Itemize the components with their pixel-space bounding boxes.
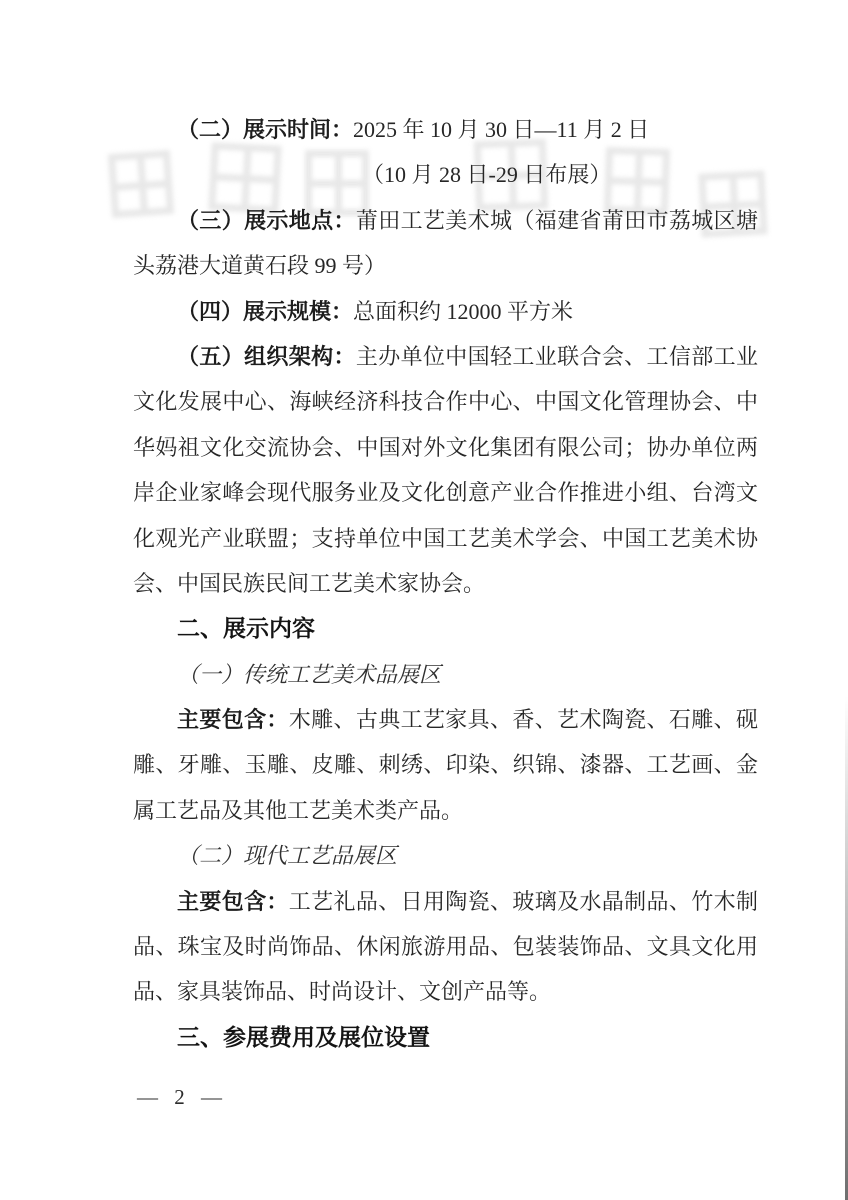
doc-line-5: （四）展示规模：总面积约 12000 平方米 <box>133 289 758 334</box>
doc-line-17-text: （二）现代工艺品展区 <box>177 843 397 868</box>
doc-line-14-label: 主要包含： <box>177 707 289 732</box>
doc-line-13-text: （一）传统工艺美术品展区 <box>177 662 441 687</box>
doc-line-19-text: 品、珠宝及时尚饰品、休闲旅游用品、包装装饰品、文具文化用 <box>133 934 758 959</box>
doc-line-2-text: （10 月 28 日-29 日布展） <box>362 162 611 187</box>
doc-line-12: 二、展示内容 <box>133 606 758 651</box>
doc-line-6-text: 主办单位中国轻工业联合会、工信部工业 <box>356 344 758 369</box>
doc-line-11: 会、中国民族民间工艺美术家协会。 <box>133 561 758 606</box>
doc-line-14-text: 木雕、古典工艺家具、香、艺术陶瓷、石雕、砚 <box>289 707 758 732</box>
doc-line-7: 文化发展中心、海峡经济科技合作中心、中国文化管理协会、中 <box>133 379 758 424</box>
doc-line-19: 品、珠宝及时尚饰品、休闲旅游用品、包装装饰品、文具文化用 <box>133 924 758 969</box>
doc-line-11-text: 会、中国民族民间工艺美术家协会。 <box>133 571 485 596</box>
doc-line-14: 主要包含：木雕、古典工艺家具、香、艺术陶瓷、石雕、砚 <box>133 697 758 742</box>
doc-line-6: （五）组织架构：主办单位中国轻工业联合会、工信部工业 <box>133 334 758 379</box>
doc-line-3-label: （三）展示地点： <box>177 208 356 233</box>
document-page: （二）展示时间：2025 年 10 月 30 日—11 月 2 日（10 月 2… <box>0 0 848 1200</box>
doc-line-15-text: 雕、牙雕、玉雕、皮雕、刺绣、印染、织锦、漆器、工艺画、金 <box>133 752 758 777</box>
doc-line-1-text: 2025 年 10 月 30 日—11 月 2 日 <box>353 117 649 142</box>
doc-line-1: （二）展示时间：2025 年 10 月 30 日—11 月 2 日 <box>133 107 758 152</box>
doc-line-1-label: （二）展示时间： <box>177 117 353 142</box>
doc-line-3-text: 莆田工艺美术城（福建省莆田市荔城区塘 <box>356 208 758 233</box>
doc-line-6-label: （五）组织架构： <box>177 344 356 369</box>
doc-line-3: （三）展示地点：莆田工艺美术城（福建省莆田市荔城区塘 <box>133 198 758 243</box>
doc-line-10-text: 化观光产业联盟；支持单位中国工艺美术学会、中国工艺美术协 <box>133 526 758 551</box>
document-body: （二）展示时间：2025 年 10 月 30 日—11 月 2 日（10 月 2… <box>133 107 758 1060</box>
doc-line-8-text: 华妈祖文化交流协会、中国对外文化集团有限公司；协办单位两 <box>133 435 758 460</box>
doc-line-5-text: 总面积约 12000 平方米 <box>353 299 573 324</box>
doc-line-9-text: 岸企业家峰会现代服务业及文化创意产业合作推进小组、台湾文 <box>133 480 758 505</box>
doc-line-13: （一）传统工艺美术品展区 <box>133 652 758 697</box>
doc-line-10: 化观光产业联盟；支持单位中国工艺美术学会、中国工艺美术协 <box>133 516 758 561</box>
doc-line-16: 属工艺品及其他工艺美术类产品。 <box>133 788 758 833</box>
doc-line-9: 岸企业家峰会现代服务业及文化创意产业合作推进小组、台湾文 <box>133 470 758 515</box>
doc-line-2: （10 月 28 日-29 日布展） <box>133 152 758 197</box>
doc-line-8: 华妈祖文化交流协会、中国对外文化集团有限公司；协办单位两 <box>133 425 758 470</box>
doc-line-20-text: 品、家具装饰品、时尚设计、文创产品等。 <box>133 979 551 1004</box>
doc-line-21-text: 三、参展费用及展位设置 <box>177 1024 430 1050</box>
doc-line-4-text: 头荔港大道黄石段 99 号） <box>133 253 386 278</box>
doc-line-7-text: 文化发展中心、海峡经济科技合作中心、中国文化管理协会、中 <box>133 389 758 414</box>
doc-line-17: （二）现代工艺品展区 <box>133 833 758 878</box>
doc-line-20: 品、家具装饰品、时尚设计、文创产品等。 <box>133 969 758 1014</box>
doc-line-12-text: 二、展示内容 <box>177 615 315 641</box>
doc-line-4: 头荔港大道黄石段 99 号） <box>133 243 758 288</box>
doc-line-18: 主要包含：工艺礼品、日用陶瓷、玻璃及水晶制品、竹木制 <box>133 879 758 924</box>
doc-line-18-label: 主要包含： <box>177 889 289 914</box>
doc-line-15: 雕、牙雕、玉雕、皮雕、刺绣、印染、织锦、漆器、工艺画、金 <box>133 742 758 787</box>
doc-line-18-text: 工艺礼品、日用陶瓷、玻璃及水晶制品、竹木制 <box>289 889 758 914</box>
doc-line-21: 三、参展费用及展位设置 <box>133 1015 758 1060</box>
doc-line-5-label: （四）展示规模： <box>177 299 353 324</box>
doc-line-16-text: 属工艺品及其他工艺美术类产品。 <box>133 798 463 823</box>
page-number: — 2 — <box>137 1085 223 1110</box>
